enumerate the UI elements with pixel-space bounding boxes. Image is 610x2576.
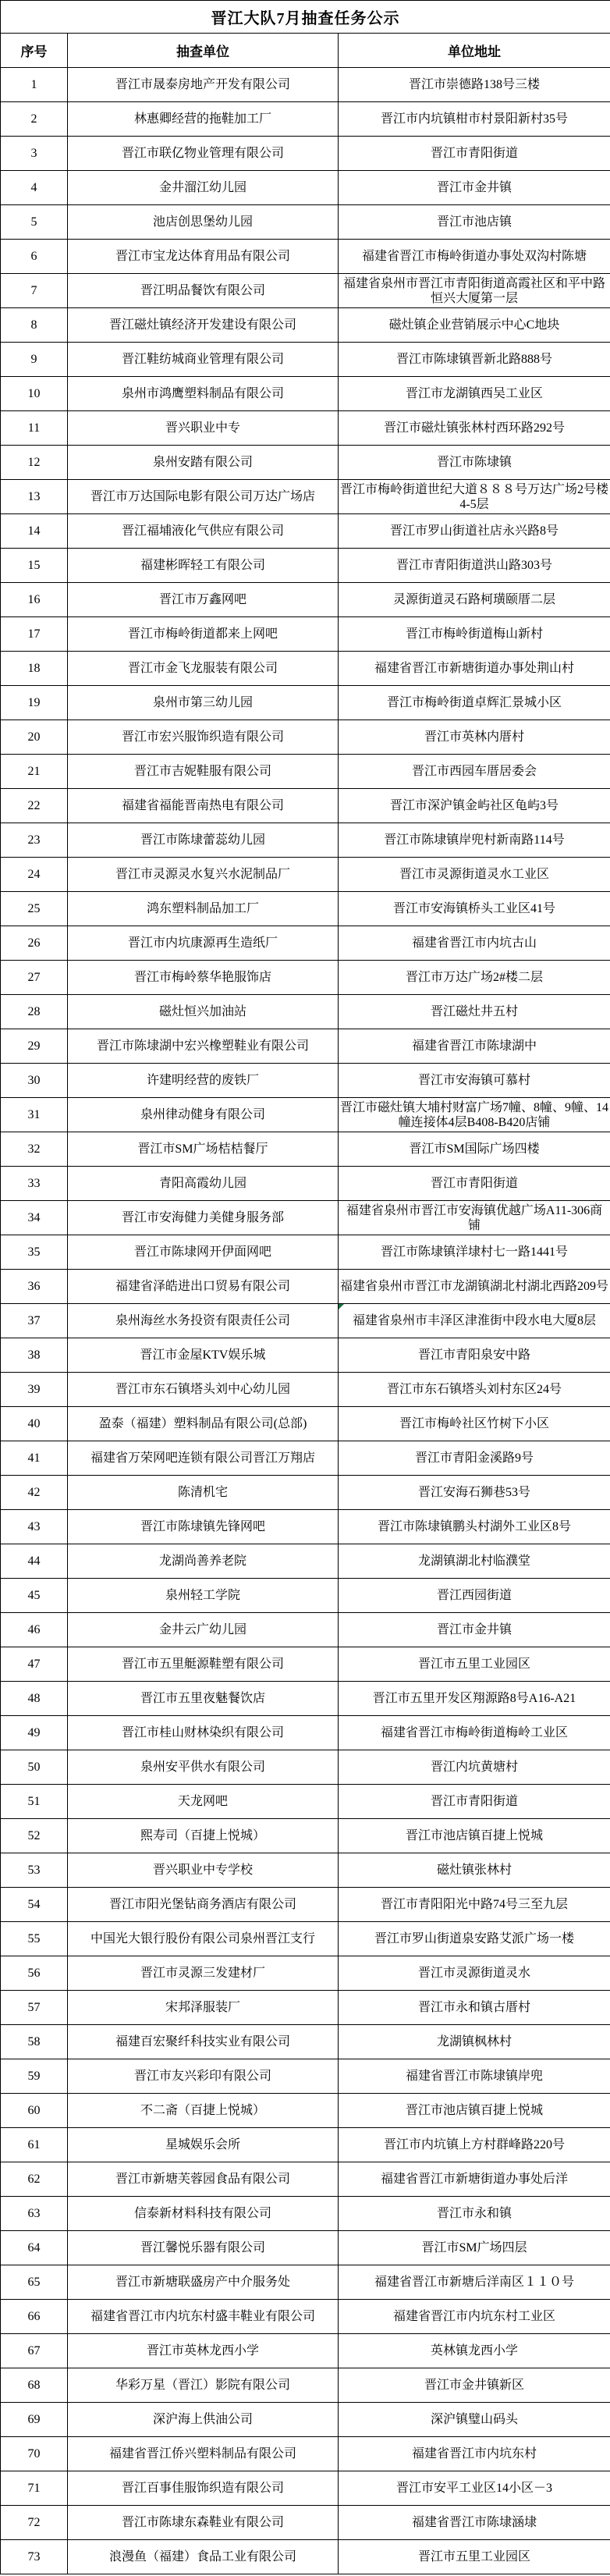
unit-name-cell: 晋江市友兴彩印有限公司 xyxy=(68,2059,339,2094)
table-row: 33青阳高霞幼儿园晋江市青阳街道 xyxy=(1,1167,610,1201)
serial-number-cell: 40 xyxy=(1,1407,68,1441)
table-row: 6晋江市宝龙达体育用品有限公司福建省晋江市梅岭街道办事处双沟村陈塘 xyxy=(1,240,610,274)
table-row: 66福建省晋江市内坑东村盛丰鞋业有限公司福建省晋江市内坑东村工业区 xyxy=(1,2300,610,2334)
unit-address-cell: 晋江市安海镇可慕村 xyxy=(339,1064,610,1098)
unit-address-cell: 晋江市池店镇百捷上悦城 xyxy=(339,2094,610,2128)
unit-name-cell: 华彩万星（晋江）影院有限公司 xyxy=(68,2368,339,2403)
unit-name-cell: 福建省万荣网吧连锁有限公司晋江万翔店 xyxy=(68,1441,339,1476)
unit-name-cell: 晋江市桂山财林染织有限公司 xyxy=(68,1716,339,1750)
unit-address-cell: 福建省晋江市陈埭镇岸兜 xyxy=(339,2059,610,2094)
table-row: 13晋江市万达国际电影有限公司万达广场店晋江市梅岭街道世纪大道８８８号万达广场2… xyxy=(1,480,610,514)
serial-number-cell: 37 xyxy=(1,1304,68,1338)
unit-name-cell: 晋江市金飞龙服装有限公司 xyxy=(68,652,339,686)
title-row: 晋江大队7月抽查任务公示 xyxy=(1,1,610,34)
table-row: 37泉州海丝水务投资有限责任公司福建省泉州市丰泽区津淮街中段水电大厦8层 xyxy=(1,1304,610,1338)
table-row: 71晋江百事佳服饰织造有限公司晋江市安平工业区14小区－3 xyxy=(1,2471,610,2506)
table-row: 59晋江市友兴彩印有限公司福建省晋江市陈埭镇岸兜 xyxy=(1,2059,610,2094)
unit-address-cell: 晋江市陈埭镇鹏头村湖外工业区8号 xyxy=(339,1510,610,1544)
serial-number-cell: 66 xyxy=(1,2300,68,2334)
unit-address-cell: 磁灶镇企业营销展示中心C地块 xyxy=(339,308,610,343)
serial-number-cell: 38 xyxy=(1,1338,68,1373)
unit-name-cell: 晋江市灵源三发建材厂 xyxy=(68,1956,339,1991)
column-header-unit: 抽查单位 xyxy=(68,34,339,68)
unit-name-cell: 福建省晋江侨兴塑料制品有限公司 xyxy=(68,2437,339,2471)
unit-address-cell: 晋江内坑黄塘村 xyxy=(339,1750,610,1785)
unit-address-cell: 福建省晋江市新塘街道办事处后洋 xyxy=(339,2162,610,2197)
unit-name-cell: 泉州海丝水务投资有限责任公司 xyxy=(68,1304,339,1338)
unit-name-cell: 晋江市联亿物业管理有限公司 xyxy=(68,137,339,171)
table-row: 67晋江市英林龙西小学英林镇龙西小学 xyxy=(1,2334,610,2368)
serial-number-cell: 64 xyxy=(1,2231,68,2265)
serial-number-cell: 25 xyxy=(1,892,68,926)
unit-name-cell: 浪漫鱼（福建）食品工业有限公司 xyxy=(68,2540,339,2574)
unit-name-cell: 熙寿司（百捷上悦城） xyxy=(68,1819,339,1853)
unit-name-cell: 福建百宏聚纤科技实业有限公司 xyxy=(68,2025,339,2059)
unit-name-cell: 晋兴职业中专 xyxy=(68,411,339,446)
table-row: 45泉州轻工学院晋江西园街道 xyxy=(1,1579,610,1613)
serial-number-cell: 52 xyxy=(1,1819,68,1853)
unit-name-cell: 晋江百事佳服饰织造有限公司 xyxy=(68,2471,339,2506)
serial-number-cell: 62 xyxy=(1,2162,68,2197)
unit-name-cell: 泉州市第三幼儿园 xyxy=(68,686,339,720)
unit-name-cell: 金井云广幼儿园 xyxy=(68,1613,339,1647)
unit-address-cell: 龙湖镇枫林村 xyxy=(339,2025,610,2059)
serial-number-cell: 5 xyxy=(1,205,68,240)
unit-address-cell: 福建省晋江市陈埭湖中 xyxy=(339,1029,610,1064)
unit-name-cell: 晋江市陈埭蕾蕊幼儿园 xyxy=(68,823,339,858)
table-row: 43晋江市陈埭镇先锋网吧晋江市陈埭镇鹏头村湖外工业区8号 xyxy=(1,1510,610,1544)
table-row: 49晋江市桂山财林染织有限公司福建省晋江市梅岭街道梅岭工业区 xyxy=(1,1716,610,1750)
unit-name-cell: 鸿东塑料制品加工厂 xyxy=(68,892,339,926)
serial-number-cell: 18 xyxy=(1,652,68,686)
unit-address-cell: 福建省晋江市梅岭街道办事处双沟村陈塘 xyxy=(339,240,610,274)
unit-name-cell: 福建省福能晋南热电有限公司 xyxy=(68,789,339,823)
unit-address-cell: 龙湖镇湖北村临濮堂 xyxy=(339,1544,610,1579)
serial-number-cell: 45 xyxy=(1,1579,68,1613)
table-row: 8晋江磁灶镇经济开发建设有限公司磁灶镇企业营销展示中心C地块 xyxy=(1,308,610,343)
unit-name-cell: 池店创思堡幼儿园 xyxy=(68,205,339,240)
unit-address-cell: 晋江市梅岭街道梅山新村 xyxy=(339,617,610,652)
table-row: 7晋江明品餐饮有限公司福建省泉州市晋江市青阳街道高霞社区和平中路恒兴大厦第一层 xyxy=(1,274,610,308)
unit-name-cell: 晋江市万鑫网吧 xyxy=(68,583,339,617)
unit-address-cell: 晋江市青阳街道 xyxy=(339,1785,610,1819)
unit-name-cell: 晋江市陈埭镇先锋网吧 xyxy=(68,1510,339,1544)
unit-address-cell: 晋江市陈埭镇晋新北路888号 xyxy=(339,343,610,377)
table-row: 21晋江市吉妮鞋服有限公司晋江市西园车厝居委会 xyxy=(1,755,610,789)
serial-number-cell: 4 xyxy=(1,171,68,205)
unit-name-cell: 晋江市陈埭网开伊面网吧 xyxy=(68,1235,339,1270)
unit-address-cell: 晋江市青阳街道 xyxy=(339,137,610,171)
table-row: 46金井云广幼儿园晋江市金井镇 xyxy=(1,1613,610,1647)
unit-address-cell: 晋江市安平工业区14小区－3 xyxy=(339,2471,610,2506)
table-row: 23晋江市陈埭蕾蕊幼儿园晋江市陈埭镇岸兜村新南路114号 xyxy=(1,823,610,858)
unit-address-cell: 晋江市青阳街道洪山路303号 xyxy=(339,549,610,583)
serial-number-cell: 17 xyxy=(1,617,68,652)
table-row: 16晋江市万鑫网吧灵源街道灵石路柯璜颐厝二层 xyxy=(1,583,610,617)
serial-number-cell: 28 xyxy=(1,995,68,1029)
serial-number-cell: 68 xyxy=(1,2368,68,2403)
unit-address-cell: 福建省泉州市丰泽区津淮街中段水电大厦8层 xyxy=(339,1304,610,1338)
unit-address-cell: 晋江市罗山街道社店永兴路8号 xyxy=(339,514,610,549)
table-row: 52熙寿司（百捷上悦城）晋江市池店镇百捷上悦城 xyxy=(1,1819,610,1853)
serial-number-cell: 1 xyxy=(1,68,68,102)
unit-address-cell: 晋江市安海镇桥头工业区41号 xyxy=(339,892,610,926)
table-row: 63信泰新材料科技有限公司晋江市永和镇 xyxy=(1,2197,610,2231)
table-row: 57宋邦泽服装厂晋江市永和镇古厝村 xyxy=(1,1991,610,2025)
serial-number-cell: 9 xyxy=(1,343,68,377)
unit-address-cell: 晋江市永和镇 xyxy=(339,2197,610,2231)
table-row: 41福建省万荣网吧连锁有限公司晋江万翔店晋江市青阳金溪路9号 xyxy=(1,1441,610,1476)
unit-name-cell: 中国光大银行股份有限公司泉州晋江支行 xyxy=(68,1922,339,1956)
unit-address-cell: 晋江市陈埭镇 xyxy=(339,446,610,480)
unit-address-cell: 晋江磁灶井五村 xyxy=(339,995,610,1029)
table-row: 40盈泰（福建）塑料制品有限公司(总部)晋江市梅岭社区竹树下小区 xyxy=(1,1407,610,1441)
serial-number-cell: 10 xyxy=(1,377,68,411)
unit-address-cell: 晋江市灵源街道灵水 xyxy=(339,1956,610,1991)
serial-number-cell: 39 xyxy=(1,1373,68,1407)
unit-name-cell: 龙湖尚善养老院 xyxy=(68,1544,339,1579)
serial-number-cell: 31 xyxy=(1,1098,68,1132)
unit-address-cell: 晋江市磁灶镇大埔村财富广场7幢、8幢、9幢、14幢连接体4层B408-B420店… xyxy=(339,1098,610,1132)
unit-address-cell: 晋江市陈埭镇岸兜村新南路114号 xyxy=(339,823,610,858)
unit-name-cell: 泉州轻工学院 xyxy=(68,1579,339,1613)
unit-address-cell: 晋江市东石镇塔头刘村东区24号 xyxy=(339,1373,610,1407)
unit-address-cell: 深沪镇璧山码头 xyxy=(339,2403,610,2437)
table-row: 26晋江市内坑康源再生造纸厂福建省晋江市内坑古山 xyxy=(1,926,610,961)
table-row: 28磁灶恒兴加油站晋江磁灶井五村 xyxy=(1,995,610,1029)
unit-address-cell: 晋江市内坑镇柑市村景阳新村35号 xyxy=(339,102,610,137)
table-row: 48晋江市五里夜魅餐饮店晋江市五里开发区翔源路8号A16-A21 xyxy=(1,1682,610,1716)
table-row: 68华彩万星（晋江）影院有限公司晋江市金井镇新区 xyxy=(1,2368,610,2403)
unit-name-cell: 泉州市鸿鹰塑料制品有限公司 xyxy=(68,377,339,411)
serial-number-cell: 56 xyxy=(1,1956,68,1991)
page-title: 晋江大队7月抽查任务公示 xyxy=(1,1,610,34)
table-row: 73浪漫鱼（福建）食品工业有限公司晋江市五里工业园区 xyxy=(1,2540,610,2574)
inspection-task-table: 晋江大队7月抽查任务公示 序号 抽查单位 单位地址 1晋江市晟泰房地产开发有限公… xyxy=(0,0,610,2574)
table-row: 9晋江鞋纺城商业管理有限公司晋江市陈埭镇晋新北路888号 xyxy=(1,343,610,377)
table-row: 55中国光大银行股份有限公司泉州晋江支行晋江市罗山街道泉安路艾派广场一楼 xyxy=(1,1922,610,1956)
unit-name-cell: 晋江市内坑康源再生造纸厂 xyxy=(68,926,339,961)
table-row: 58福建百宏聚纤科技实业有限公司龙湖镇枫林村 xyxy=(1,2025,610,2059)
table-row: 35晋江市陈埭网开伊面网吧晋江市陈埭镇洋埭村七一路1441号 xyxy=(1,1235,610,1270)
unit-name-cell: 晋江市陈埭湖中宏兴橡塑鞋业有限公司 xyxy=(68,1029,339,1064)
unit-name-cell: 泉州安平供水有限公司 xyxy=(68,1750,339,1785)
serial-number-cell: 33 xyxy=(1,1167,68,1201)
unit-address-cell: 晋江市梅岭社区竹树下小区 xyxy=(339,1407,610,1441)
unit-name-cell: 信泰新材料科技有限公司 xyxy=(68,2197,339,2231)
serial-number-cell: 15 xyxy=(1,549,68,583)
unit-address-cell: 福建省晋江市新塘后洋南区１１０号 xyxy=(339,2265,610,2300)
unit-name-cell: 不二斋（百捷上悦城） xyxy=(68,2094,339,2128)
table-row: 17晋江市梅岭街道都来上网吧晋江市梅岭街道梅山新村 xyxy=(1,617,610,652)
table-row: 24晋江市灵源灵水复兴水泥制品厂晋江市灵源街道灵水工业区 xyxy=(1,858,610,892)
serial-number-cell: 59 xyxy=(1,2059,68,2094)
table-row: 44龙湖尚善养老院龙湖镇湖北村临濮堂 xyxy=(1,1544,610,1579)
serial-number-cell: 23 xyxy=(1,823,68,858)
serial-number-cell: 36 xyxy=(1,1270,68,1304)
table-row: 27晋江市梅岭蔡华艳服饰店晋江市万达广场2#楼二层 xyxy=(1,961,610,995)
unit-name-cell: 星城娱乐会所 xyxy=(68,2128,339,2162)
unit-name-cell: 宋邦泽服装厂 xyxy=(68,1991,339,2025)
serial-number-cell: 19 xyxy=(1,686,68,720)
unit-address-cell: 晋江市磁灶镇张林村西环路292号 xyxy=(339,411,610,446)
serial-number-cell: 43 xyxy=(1,1510,68,1544)
serial-number-cell: 72 xyxy=(1,2506,68,2540)
unit-address-cell: 晋江市罗山街道泉安路艾派广场一楼 xyxy=(339,1922,610,1956)
serial-number-cell: 24 xyxy=(1,858,68,892)
unit-name-cell: 晋江市宏兴服饰织造有限公司 xyxy=(68,720,339,755)
unit-name-cell: 晋江市五里夜魅餐饮店 xyxy=(68,1682,339,1716)
table-row: 32晋江市SM广场桔桔餐厅晋江市SM国际广场四楼 xyxy=(1,1132,610,1167)
unit-address-cell: 晋江市五里开发区翔源路8号A16-A21 xyxy=(339,1682,610,1716)
serial-number-cell: 55 xyxy=(1,1922,68,1956)
table-row: 39晋江市东石镇塔头刘中心幼儿园晋江市东石镇塔头刘村东区24号 xyxy=(1,1373,610,1407)
table-row: 29晋江市陈埭湖中宏兴橡塑鞋业有限公司福建省晋江市陈埭湖中 xyxy=(1,1029,610,1064)
table-row: 54晋江市阳光堡钻商务酒店有限公司晋江市青阳阳光中路74号三至九层 xyxy=(1,1888,610,1922)
unit-name-cell: 深沪海上供油公司 xyxy=(68,2403,339,2437)
table-row: 61星城娱乐会所晋江市内坑镇上方村群峰路220号 xyxy=(1,2128,610,2162)
unit-name-cell: 金井溜江幼儿园 xyxy=(68,171,339,205)
table-row: 25鸿东塑料制品加工厂晋江市安海镇桥头工业区41号 xyxy=(1,892,610,926)
unit-address-cell: 晋江市深沪镇金屿社区龟屿3号 xyxy=(339,789,610,823)
unit-name-cell: 福建省晋江市内坑东村盛丰鞋业有限公司 xyxy=(68,2300,339,2334)
serial-number-cell: 65 xyxy=(1,2265,68,2300)
serial-number-cell: 13 xyxy=(1,480,68,514)
unit-name-cell: 晋江市东石镇塔头刘中心幼儿园 xyxy=(68,1373,339,1407)
unit-address-cell: 晋江市金井镇 xyxy=(339,171,610,205)
unit-address-cell: 晋江市青阳泉安中路 xyxy=(339,1338,610,1373)
serial-number-cell: 3 xyxy=(1,137,68,171)
unit-name-cell: 许建明经营的废铁厂 xyxy=(68,1064,339,1098)
unit-name-cell: 晋江市灵源灵水复兴水泥制品厂 xyxy=(68,858,339,892)
unit-address-cell: 晋江市万达广场2#楼二层 xyxy=(339,961,610,995)
unit-name-cell: 晋江市宝龙达体育用品有限公司 xyxy=(68,240,339,274)
unit-name-cell: 天龙网吧 xyxy=(68,1785,339,1819)
serial-number-cell: 35 xyxy=(1,1235,68,1270)
unit-name-cell: 晋江市吉妮鞋服有限公司 xyxy=(68,755,339,789)
unit-address-cell: 晋江市英林内厝村 xyxy=(339,720,610,755)
table-row: 2林惠卿经营的拖鞋加工厂晋江市内坑镇柑市村景阳新村35号 xyxy=(1,102,610,137)
unit-address-cell: 晋江市永和镇古厝村 xyxy=(339,1991,610,2025)
serial-number-cell: 44 xyxy=(1,1544,68,1579)
unit-address-cell: 晋江市龙湖镇西吴工业区 xyxy=(339,377,610,411)
unit-name-cell: 晋江市梅岭蔡华艳服饰店 xyxy=(68,961,339,995)
unit-address-cell: 英林镇龙西小学 xyxy=(339,2334,610,2368)
unit-name-cell: 盈泰（福建）塑料制品有限公司(总部) xyxy=(68,1407,339,1441)
serial-number-cell: 60 xyxy=(1,2094,68,2128)
unit-address-cell: 晋江西园街道 xyxy=(339,1579,610,1613)
unit-address-cell: 福建省泉州市晋江市安海镇优越广场A11-306商铺 xyxy=(339,1201,610,1235)
unit-name-cell: 晋江市梅岭街道都来上网吧 xyxy=(68,617,339,652)
serial-number-cell: 46 xyxy=(1,1613,68,1647)
unit-address-cell: 福建省晋江市陈埭涵埭 xyxy=(339,2506,610,2540)
serial-number-cell: 21 xyxy=(1,755,68,789)
table-row: 50泉州安平供水有限公司晋江内坑黄塘村 xyxy=(1,1750,610,1785)
unit-address-cell: 晋江市青阳阳光中路74号三至九层 xyxy=(339,1888,610,1922)
unit-address-cell: 灵源街道灵石路柯璜颐厝二层 xyxy=(339,583,610,617)
table-row: 36福建省泽皓进出口贸易有限公司福建省泉州市晋江市龙湖镇湖北村湖北西路209号 xyxy=(1,1270,610,1304)
serial-number-cell: 34 xyxy=(1,1201,68,1235)
serial-number-cell: 61 xyxy=(1,2128,68,2162)
table-row: 62晋江市新塘芙蓉园食品有限公司福建省晋江市新塘街道办事处后洋 xyxy=(1,2162,610,2197)
table-row: 65晋江市新塘联盛房产中介服务处福建省晋江市新塘后洋南区１１０号 xyxy=(1,2265,610,2300)
unit-address-cell: 福建省晋江市新塘街道办事处荆山村 xyxy=(339,652,610,686)
unit-address-cell: 晋江市五里工业园区 xyxy=(339,1647,610,1682)
unit-name-cell: 福建彬晖轻工有限公司 xyxy=(68,549,339,583)
unit-address-cell: 晋江市金井镇 xyxy=(339,1613,610,1647)
unit-name-cell: 晋江市英林龙西小学 xyxy=(68,2334,339,2368)
table-row: 18晋江市金飞龙服装有限公司福建省晋江市新塘街道办事处荆山村 xyxy=(1,652,610,686)
serial-number-cell: 30 xyxy=(1,1064,68,1098)
serial-number-cell: 22 xyxy=(1,789,68,823)
table-row: 56晋江市灵源三发建材厂晋江市灵源街道灵水 xyxy=(1,1956,610,1991)
serial-number-cell: 47 xyxy=(1,1647,68,1682)
serial-number-cell: 57 xyxy=(1,1991,68,2025)
serial-number-cell: 53 xyxy=(1,1853,68,1888)
cell-error-indicator-triangle xyxy=(339,1304,344,1309)
table-row: 38晋江市金屋KTV娱乐城晋江市青阳泉安中路 xyxy=(1,1338,610,1373)
serial-number-cell: 71 xyxy=(1,2471,68,2506)
serial-number-cell: 14 xyxy=(1,514,68,549)
serial-number-cell: 7 xyxy=(1,274,68,308)
table-row: 5池店创思堡幼儿园晋江市池店镇 xyxy=(1,205,610,240)
unit-name-cell: 泉州律动健身有限公司 xyxy=(68,1098,339,1132)
unit-address-cell: 晋江市崇德路138号三楼 xyxy=(339,68,610,102)
unit-name-cell: 磁灶恒兴加油站 xyxy=(68,995,339,1029)
serial-number-cell: 2 xyxy=(1,102,68,137)
serial-number-cell: 69 xyxy=(1,2403,68,2437)
serial-number-cell: 63 xyxy=(1,2197,68,2231)
serial-number-cell: 16 xyxy=(1,583,68,617)
column-header-serial: 序号 xyxy=(1,34,68,68)
unit-address-cell: 晋江市灵源街道灵水工业区 xyxy=(339,858,610,892)
unit-address-cell: 福建省晋江市内坑东村工业区 xyxy=(339,2300,610,2334)
unit-name-cell: 泉州安踏有限公司 xyxy=(68,446,339,480)
table-row: 31泉州律动健身有限公司晋江市磁灶镇大埔村财富广场7幢、8幢、9幢、14幢连接体… xyxy=(1,1098,610,1132)
unit-name-cell: 晋江磁灶镇经济开发建设有限公司 xyxy=(68,308,339,343)
table-row: 12泉州安踏有限公司晋江市陈埭镇 xyxy=(1,446,610,480)
serial-number-cell: 49 xyxy=(1,1716,68,1750)
unit-address-cell: 晋江市梅岭街道世纪大道８８８号万达广场2号楼4-5层 xyxy=(339,480,610,514)
unit-name-cell: 晋江市陈埭东森鞋业有限公司 xyxy=(68,2506,339,2540)
unit-address-cell: 晋江市池店镇 xyxy=(339,205,610,240)
serial-number-cell: 27 xyxy=(1,961,68,995)
table-row: 69深沪海上供油公司深沪镇璧山码头 xyxy=(1,2403,610,2437)
table-row: 14晋江福埔液化气供应有限公司晋江市罗山街道社店永兴路8号 xyxy=(1,514,610,549)
unit-address-cell: 福建省晋江市梅岭街道梅岭工业区 xyxy=(339,1716,610,1750)
serial-number-cell: 54 xyxy=(1,1888,68,1922)
unit-name-cell: 晋江市晟泰房地产开发有限公司 xyxy=(68,68,339,102)
table-body: 1晋江市晟泰房地产开发有限公司晋江市崇德路138号三楼2林惠卿经营的拖鞋加工厂晋… xyxy=(1,68,610,2574)
unit-address-cell: 福建省泉州市晋江市龙湖镇湖北村湖北西路209号 xyxy=(339,1270,610,1304)
serial-number-cell: 42 xyxy=(1,1476,68,1510)
table-row: 72晋江市陈埭东森鞋业有限公司福建省晋江市陈埭涵埭 xyxy=(1,2506,610,2540)
unit-name-cell: 晋江市SM广场桔桔餐厅 xyxy=(68,1132,339,1167)
unit-address-cell: 晋江市梅岭街道卓辉汇景城小区 xyxy=(339,686,610,720)
serial-number-cell: 8 xyxy=(1,308,68,343)
unit-name-cell: 晋江明品餐饮有限公司 xyxy=(68,274,339,308)
table-row: 42陈清机宅晋江安海石狮巷53号 xyxy=(1,1476,610,1510)
unit-name-cell: 青阳高霞幼儿园 xyxy=(68,1167,339,1201)
table-row: 15福建彬晖轻工有限公司晋江市青阳街道洪山路303号 xyxy=(1,549,610,583)
header-row: 序号 抽查单位 单位地址 xyxy=(1,34,610,68)
unit-name-cell: 晋江馨悦乐器有限公司 xyxy=(68,2231,339,2265)
unit-name-cell: 福建省泽皓进出口贸易有限公司 xyxy=(68,1270,339,1304)
unit-address-cell: 晋江市内坑镇上方村群峰路220号 xyxy=(339,2128,610,2162)
unit-address-cell: 晋江市五里工业园区 xyxy=(339,2540,610,2574)
serial-number-cell: 58 xyxy=(1,2025,68,2059)
serial-number-cell: 51 xyxy=(1,1785,68,1819)
table-row: 64晋江馨悦乐器有限公司晋江市SM广场四层 xyxy=(1,2231,610,2265)
unit-address-cell: 晋江市青阳金溪路9号 xyxy=(339,1441,610,1476)
table-row: 1晋江市晟泰房地产开发有限公司晋江市崇德路138号三楼 xyxy=(1,68,610,102)
unit-name-cell: 晋江鞋纺城商业管理有限公司 xyxy=(68,343,339,377)
unit-address-cell: 福建省泉州市晋江市青阳街道高霞社区和平中路恒兴大厦第一层 xyxy=(339,274,610,308)
unit-address-cell: 磁灶镇张林村 xyxy=(339,1853,610,1888)
table-row: 47晋江市五里艇源鞋塑有限公司晋江市五里工业园区 xyxy=(1,1647,610,1682)
unit-name-cell: 陈清机宅 xyxy=(68,1476,339,1510)
unit-name-cell: 晋兴职业中专学校 xyxy=(68,1853,339,1888)
unit-address-cell: 福建省晋江市内坑东村 xyxy=(339,2437,610,2471)
serial-number-cell: 11 xyxy=(1,411,68,446)
unit-name-cell: 晋江市五里艇源鞋塑有限公司 xyxy=(68,1647,339,1682)
unit-address-cell: 晋江安海石狮巷53号 xyxy=(339,1476,610,1510)
unit-name-cell: 林惠卿经营的拖鞋加工厂 xyxy=(68,102,339,137)
table-row: 34晋江市安海健力美健身服务部福建省泉州市晋江市安海镇优越广场A11-306商铺 xyxy=(1,1201,610,1235)
serial-number-cell: 29 xyxy=(1,1029,68,1064)
serial-number-cell: 41 xyxy=(1,1441,68,1476)
table-row: 30许建明经营的废铁厂晋江市安海镇可慕村 xyxy=(1,1064,610,1098)
unit-name-cell: 晋江市金屋KTV娱乐城 xyxy=(68,1338,339,1373)
unit-address-cell: 晋江市青阳街道 xyxy=(339,1167,610,1201)
unit-address-cell: 福建省晋江市内坑古山 xyxy=(339,926,610,961)
serial-number-cell: 12 xyxy=(1,446,68,480)
serial-number-cell: 73 xyxy=(1,2540,68,2574)
serial-number-cell: 32 xyxy=(1,1132,68,1167)
unit-address-cell: 晋江市SM广场四层 xyxy=(339,2231,610,2265)
unit-address-cell: 晋江市陈埭镇洋埭村七一路1441号 xyxy=(339,1235,610,1270)
unit-name-cell: 晋江市新塘芙蓉园食品有限公司 xyxy=(68,2162,339,2197)
table-row: 4金井溜江幼儿园晋江市金井镇 xyxy=(1,171,610,205)
unit-name-cell: 晋江市万达国际电影有限公司万达广场店 xyxy=(68,480,339,514)
unit-address-cell: 晋江市SM国际广场四楼 xyxy=(339,1132,610,1167)
table-row: 53晋兴职业中专学校磁灶镇张林村 xyxy=(1,1853,610,1888)
table-row: 51天龙网吧晋江市青阳街道 xyxy=(1,1785,610,1819)
table-row: 60不二斋（百捷上悦城）晋江市池店镇百捷上悦城 xyxy=(1,2094,610,2128)
serial-number-cell: 20 xyxy=(1,720,68,755)
table-row: 10泉州市鸿鹰塑料制品有限公司晋江市龙湖镇西吴工业区 xyxy=(1,377,610,411)
unit-name-cell: 晋江市阳光堡钻商务酒店有限公司 xyxy=(68,1888,339,1922)
table-row: 70福建省晋江侨兴塑料制品有限公司福建省晋江市内坑东村 xyxy=(1,2437,610,2471)
unit-address-cell: 晋江市金井镇新区 xyxy=(339,2368,610,2403)
unit-address-cell: 晋江市池店镇百捷上悦城 xyxy=(339,1819,610,1853)
unit-name-cell: 晋江市新塘联盛房产中介服务处 xyxy=(68,2265,339,2300)
unit-name-cell: 晋江市安海健力美健身服务部 xyxy=(68,1201,339,1235)
unit-address-cell: 晋江市西园车厝居委会 xyxy=(339,755,610,789)
serial-number-cell: 26 xyxy=(1,926,68,961)
serial-number-cell: 48 xyxy=(1,1682,68,1716)
serial-number-cell: 6 xyxy=(1,240,68,274)
table-row: 22福建省福能晋南热电有限公司晋江市深沪镇金屿社区龟屿3号 xyxy=(1,789,610,823)
table-row: 11晋兴职业中专晋江市磁灶镇张林村西环路292号 xyxy=(1,411,610,446)
serial-number-cell: 70 xyxy=(1,2437,68,2471)
table-row: 3晋江市联亿物业管理有限公司晋江市青阳街道 xyxy=(1,137,610,171)
unit-name-cell: 晋江福埔液化气供应有限公司 xyxy=(68,514,339,549)
column-header-address: 单位地址 xyxy=(339,34,610,68)
table-row: 20晋江市宏兴服饰织造有限公司晋江市英林内厝村 xyxy=(1,720,610,755)
serial-number-cell: 50 xyxy=(1,1750,68,1785)
table-row: 19泉州市第三幼儿园晋江市梅岭街道卓辉汇景城小区 xyxy=(1,686,610,720)
